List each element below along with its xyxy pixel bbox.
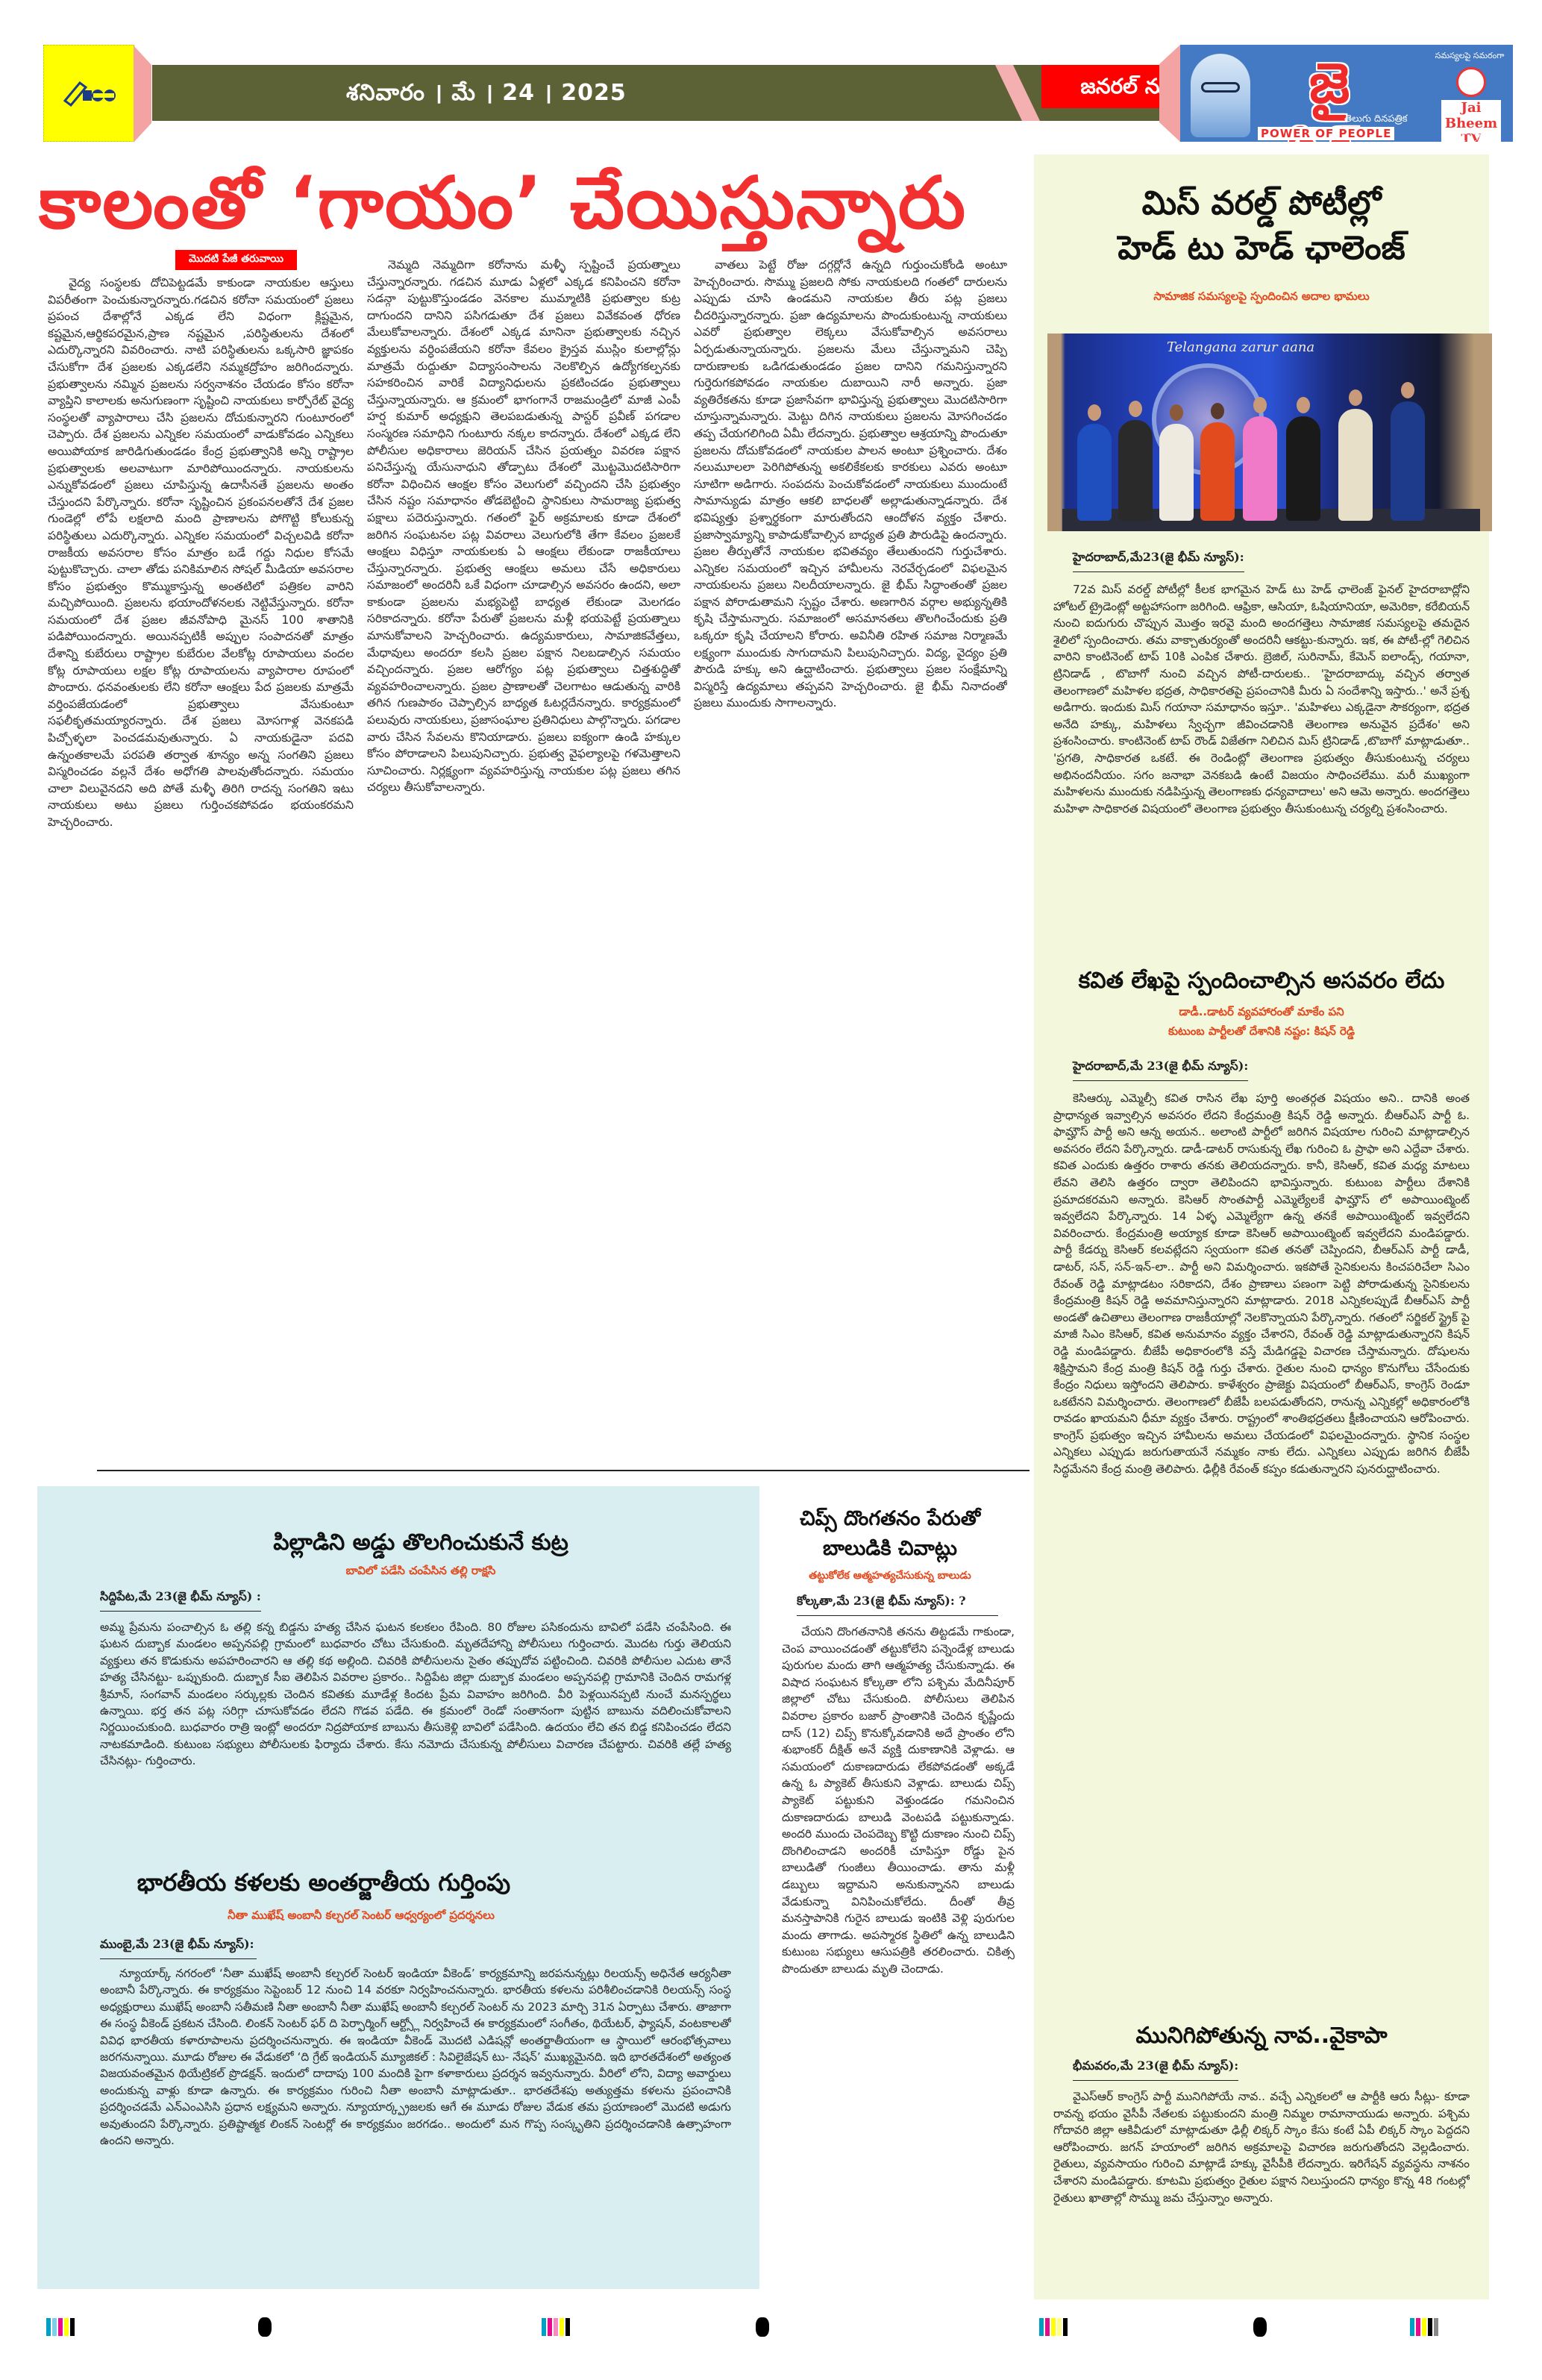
telangana-logo-text: Telangana zarur aana <box>1167 339 1314 355</box>
indian-arts-article-body: న్యూయార్క్ నగరంలో ‘నీతా ముఖేష్ అంబానీ కల… <box>100 1965 731 2279</box>
child-murder-headline: పిల్లాడిని అడ్డు తొలగించుకునే కుట్ర <box>37 1529 759 1561</box>
right-column-panel: మిస్ వరల్డ్ పోటీల్లో హెడ్ టు హెడ్ ఛాలెంజ… <box>1034 154 1489 2299</box>
bottom-news-box: పిల్లాడిని అడ్డు తొలగించుకునే కుట్ర బావి… <box>37 1486 759 2289</box>
registration-oval-mark <box>258 2317 272 2337</box>
registration-oval-mark <box>756 2317 769 2337</box>
dateline: హైదరాబాద్,మే23(జై భీమ్ న్యూస్): <box>1073 550 1244 572</box>
brand-slogan-top: సమస్యలపై సమరంగా <box>1432 51 1507 63</box>
main-story-column-3: వాతలు పెట్టే రోజు దగ్గర్లోనే ఉన్నది గుర్… <box>694 257 1007 1438</box>
masthead-logo-box <box>43 45 134 142</box>
kavitha-letter-subheadline-2: కుటుంబ పార్టీలతో దేశానికి నష్టం: కిషన్ ర… <box>1034 1024 1489 1041</box>
color-registration-mark <box>1039 2318 1068 2336</box>
masthead-left-arrow <box>134 46 151 143</box>
jai-bheem-tv-logo: Jai Bheem TV <box>1441 67 1501 124</box>
registration-oval-mark <box>1253 2317 1267 2337</box>
main-story-column-1: వైద్య సంస్థలకు దోచిపెట్టడమే కాకుండా నాయక… <box>48 275 354 1438</box>
brand-left-arrow <box>1159 45 1180 142</box>
kavitha-letter-subheadline-1: డాడీ..డాటర్ వ్యవహారంతో మాకేం పని <box>1034 1005 1489 1021</box>
brand-tagline: POWER OF PEOPLE <box>1258 127 1394 140</box>
chips-theft-subheadline: తట్టుకోలేక ఆత్మహత్యచేసుకున్న బాలుడు <box>759 1570 1021 1584</box>
dateline: కోల్కతా,మే 23(జై భీమ్ న్యూస్): ? <box>797 1594 998 1616</box>
chips-theft-article-body: చేయని దొంగతనానికి తనను తిట్టడమే గాకుండా,… <box>782 1623 1015 2280</box>
dateline: భీమవరం,మే 23(జై భీమ్ న్యూస్): <box>1073 2058 1238 2081</box>
ambedkar-portrait <box>1191 54 1250 137</box>
continued-from-front-page-tag: మొదటి పేజీ తరువాయి <box>175 250 297 270</box>
section-divider <box>97 1470 1029 1471</box>
chips-theft-article: చిప్స్ దొంగతనం పేరుతో బాలుడికి చివాట్లు … <box>759 1486 1021 2307</box>
issue-date: శనివారం । మే । 24 । 2025 <box>346 65 627 121</box>
miss-world-subheadline: సామాజిక సమస్యలపై స్పందించిన అదాల భామలు <box>1034 289 1489 306</box>
child-murder-article-body: అమ్మ ప్రేమను పంచాల్సిన ఓ తల్లి కన్న బిడ్… <box>100 1619 731 1867</box>
color-registration-mark <box>1410 2318 1438 2336</box>
kavitha-letter-headline: కవిత లేఖపై స్పందించాల్సిన అసవరం లేదు <box>1034 968 1489 999</box>
indian-arts-headline: భారతీయ కళలకు అంతర్జాతీయ గుర్తింపు <box>37 1868 759 1903</box>
ycp-sinking-boat-headline: మునిగిపోతున్న నావ..వైకాపా <box>1034 2023 1489 2054</box>
color-registration-mark <box>46 2318 75 2336</box>
miss-world-contestants-photo: Telangana zarur aana <box>1047 333 1492 531</box>
ycp-article-body: వైఎస్ఆర్ కాంగ్రెస్ పార్టీ మునిగిపోయే నావ… <box>1053 2088 1470 2273</box>
brand-slogan-bottom: సామాన్యుడి ఆయుధంగా <box>1432 127 1507 142</box>
main-headline: కాలంతో ‘గాయం’ చేయిస్తున్నారు <box>39 158 1009 248</box>
miss-world-headline: మిస్ వరల్డ్ పోటీల్లో హెడ్ టు హెడ్ ఛాలెంజ… <box>1034 181 1489 271</box>
indian-arts-subheadline: నీతా ముఖేష్ అంబానీ కల్చరల్ సెంటర్ ఆధ్వర్… <box>37 1908 759 1925</box>
main-story-column-2: నెమ్మది నెమ్మదిగా కరోనాను మళ్ళీ స్పష్టిం… <box>367 257 680 1438</box>
child-murder-subheadline: బావిలో పడేసి చంపేసిన తల్లి రాక్షసి <box>37 1564 759 1580</box>
cable-connector-icon <box>60 78 120 111</box>
kavitha-letter-article-body: కెసిఆర్కు ఎమ్మెల్సీ కవిత రాసిన లేఖ పూర్త… <box>1053 1090 1470 2014</box>
dateline: హైదరాబాద్,మే 23(జై భీమ్ న్యూస్): <box>1073 1059 1248 1081</box>
section-tab-arrow <box>995 65 1040 121</box>
miss-world-article-body: 72వ మిస్ వరల్డ్ పోటీల్లో కీలక భాగమైన హెడ… <box>1053 581 1470 938</box>
masthead-date-bar: శనివారం । మే । 24 । 2025 జనరల్ న్యూస్ <box>152 65 1159 121</box>
color-registration-mark <box>542 2318 570 2336</box>
dateline: ముంబై,మే 23(జై భీమ్ న్యూస్): <box>100 1937 257 1959</box>
tv-badge-icon <box>1456 67 1486 97</box>
brand-subtitle: తెలుగు దినపత్రిక <box>1344 113 1408 127</box>
chips-theft-headline: చిప్స్ దొంగతనం పేరుతో బాలుడికి చివాట్లు <box>759 1504 1021 1564</box>
newspaper-brand-logo: జై భీమ్ తెలుగు దినపత్రిక POWER OF PEOPLE… <box>1180 45 1513 142</box>
dateline: సిద్దిపేట,మే 23(జై భీమ్ న్యూస్) : <box>100 1589 261 1612</box>
